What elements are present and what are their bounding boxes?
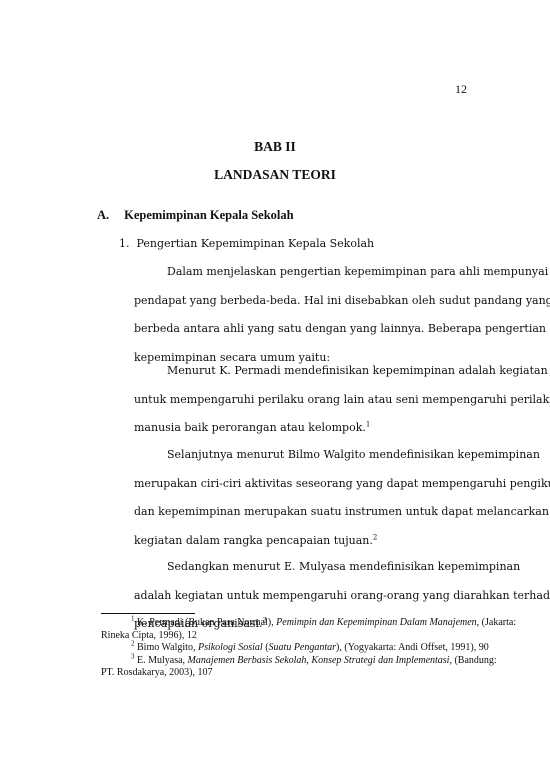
footnote-ref: 2 bbox=[373, 533, 377, 541]
chapter-label: BAB II bbox=[0, 139, 550, 155]
paragraph-line: Selanjutnya menurut Bilmo Walgito mendef… bbox=[134, 441, 474, 470]
paragraph-line: dan kepemimpinan merupakan suatu instrum… bbox=[134, 498, 474, 527]
paragraph-line: berbeda antara ahli yang satu dengan yan… bbox=[134, 315, 474, 344]
chapter-title: LANDASAN TEORI bbox=[0, 167, 550, 183]
section-label: A. bbox=[97, 208, 121, 223]
subsection-title: Pengertian Kepemimpinan Kepala Sekolah bbox=[137, 237, 375, 250]
paragraph-line: Menurut K. Permadi mendefinisikan kepemi… bbox=[134, 357, 474, 386]
paragraph-line: Sedangkan menurut E. Mulyasa mendefinisi… bbox=[134, 553, 474, 582]
paragraph-line: manusia baik perorangan atau kelompok.1 bbox=[134, 414, 474, 443]
footnote-ref: 1 bbox=[366, 421, 370, 429]
footnote-3: 3 E. Mulyasa, Manajemen Berbasis Sekolah… bbox=[101, 655, 473, 668]
footnote-1-cont: Rineka Cipta, 1996), 12 bbox=[101, 630, 473, 643]
paragraph-line: Dalam menjelaskan pengertian kepemimpina… bbox=[134, 258, 474, 287]
paragraph: Dalam menjelaskan pengertian kepemimpina… bbox=[134, 258, 474, 372]
paragraph-line: untuk mempengaruhi perilaku orang lain a… bbox=[134, 386, 474, 415]
section-heading: A. Kepemimpinan Kepala Sekolah bbox=[97, 208, 294, 223]
footnote-3-cont: PT. Rosdakarya, 2003), 107 bbox=[101, 667, 473, 680]
footnote-separator bbox=[101, 613, 195, 614]
footnote-1: 1 K. Permadi (Bukan Para Normal), Pemimp… bbox=[101, 617, 473, 630]
paragraph-line: merupakan ciri-ciri aktivitas seseorang … bbox=[134, 470, 474, 499]
paragraph: Selanjutnya menurut Bilmo Walgito mendef… bbox=[134, 441, 474, 555]
paragraph: Menurut K. Permadi mendefinisikan kepemi… bbox=[134, 357, 474, 443]
subsection-heading: 1. Pengertian Kepemimpinan Kepala Sekola… bbox=[119, 237, 374, 250]
page-number: 12 bbox=[455, 82, 467, 97]
section-title: Kepemimpinan Kepala Sekolah bbox=[124, 208, 293, 222]
paragraph-line: pendapat yang berbeda-beda. Hal ini dise… bbox=[134, 287, 474, 316]
footnotes: 1 K. Permadi (Bukan Para Normal), Pemimp… bbox=[101, 617, 473, 680]
paragraph-line: kegiatan dalam rangka pencapaian tujuan.… bbox=[134, 527, 474, 556]
footnote-2: 2 Bimo Walgito, Psikologi Sosial (Suatu … bbox=[101, 642, 473, 655]
subsection-label: 1. bbox=[119, 237, 130, 250]
paragraph-line: adalah kegiatan untuk mempengaruhi orang… bbox=[134, 582, 474, 611]
